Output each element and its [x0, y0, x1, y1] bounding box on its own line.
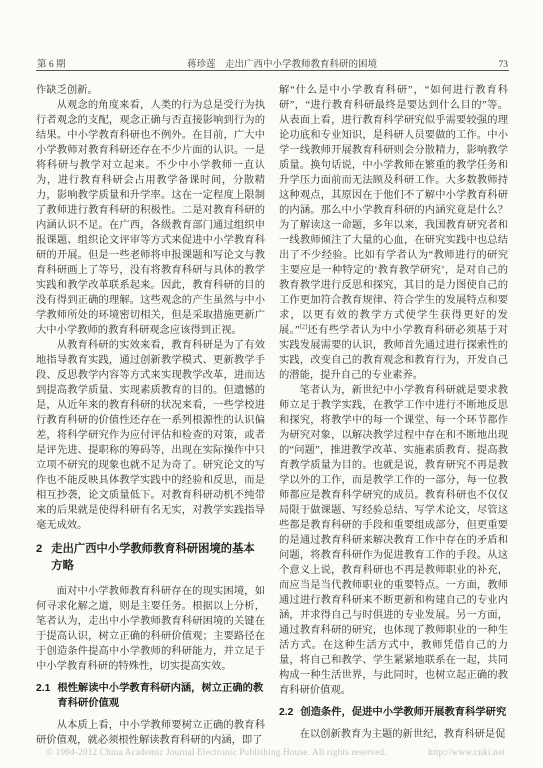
- paragraph: 从教育科研的实效来看，教育科研是为了有效地指导教育实践，通过创新教学模式、更新教…: [36, 338, 265, 533]
- footer-url: http://www.cnki.net: [428, 747, 505, 757]
- paragraph: 在以创新教育为主题的新世纪，教育科研是促: [279, 727, 508, 742]
- paragraph-text: 解“什么是中小学教育科研”，“如何进行教育科研”，“进行教育科研最终是要达到什么…: [279, 85, 508, 336]
- paragraph: 笔者认为，新世纪中小学教育科研就是要求教师立足于教学实践，在教学工作中进行不断地…: [279, 383, 508, 698]
- header-divider: [36, 70, 509, 71]
- page-header: 第 6 期 蒋珍莲 走出广西中小学教师教育科研的困境 73: [37, 56, 508, 70]
- subsection-title: 根性解读中小学教育科研内涵，树立正确的教育科研价值观: [57, 681, 265, 711]
- article-body: 作缺乏创新。 从观念的角度来看，人类的行为总是受行为执行者观念的支配，观念正确与…: [36, 83, 508, 748]
- running-title: 蒋珍莲 走出广西中小学教师教育科研的困境: [66, 56, 499, 70]
- page-footer: © 1994-2012 China Academic Journal Elect…: [46, 747, 505, 757]
- paragraph: 从观念的角度来看，人类的行为总是受行为执行者观念的支配，观念正确与否直接影响到行…: [36, 98, 265, 338]
- section-heading: 2 走出广西中小学教师教育科研困境的基本方略: [36, 541, 265, 575]
- subsection-title: 创造条件，促进中小学教师开展教育科学研究: [300, 705, 508, 720]
- section-title: 走出广西中小学教师教育科研困境的基本方略: [51, 541, 265, 575]
- journal-page: 第 6 期 蒋珍莲 走出广西中小学教师教育科研的困境 73 作缺乏创新。 从观念…: [0, 0, 543, 768]
- page-number: 73: [499, 60, 509, 70]
- paragraph-continuation: 解“什么是中小学教育科研”，“如何进行教育科研”，“进行教育科研最终是要达到什么…: [279, 83, 508, 383]
- copyright-text: © 1994-2012 China Academic Journal Elect…: [46, 747, 387, 757]
- left-column: 作缺乏创新。 从观念的角度来看，人类的行为总是受行为执行者观念的支配，观念正确与…: [36, 83, 265, 748]
- paragraph-text: 还有些学者认为中小学教育科研必须基于对实践发展需要的认识，教师首先通过进行探索性…: [279, 325, 508, 381]
- subsection-heading: 2.2 创造条件，促进中小学教师开展教育科学研究: [279, 705, 508, 720]
- paragraph: 从本质上看，中小学教师要树立正确的教育科研价值观，就必须根性解读教育科研的内涵，…: [36, 718, 265, 748]
- paragraph: 面对中小学教师教育科研存在的现实困境，如何寻求化解之道，则是主要任务。根据以上分…: [36, 584, 265, 674]
- issue-number: 第 6 期: [37, 56, 66, 70]
- section-number: 2: [36, 541, 42, 558]
- right-column: 解“什么是中小学教育科研”，“如何进行教育科研”，“进行教育科研最终是要达到什么…: [279, 83, 508, 748]
- paragraph-continuation: 作缺乏创新。: [36, 83, 265, 98]
- subsection-number: 2.2: [279, 705, 293, 720]
- subsection-number: 2.1: [36, 681, 50, 696]
- subsection-heading: 2.1 根性解读中小学教育科研内涵，树立正确的教育科研价值观: [36, 681, 265, 711]
